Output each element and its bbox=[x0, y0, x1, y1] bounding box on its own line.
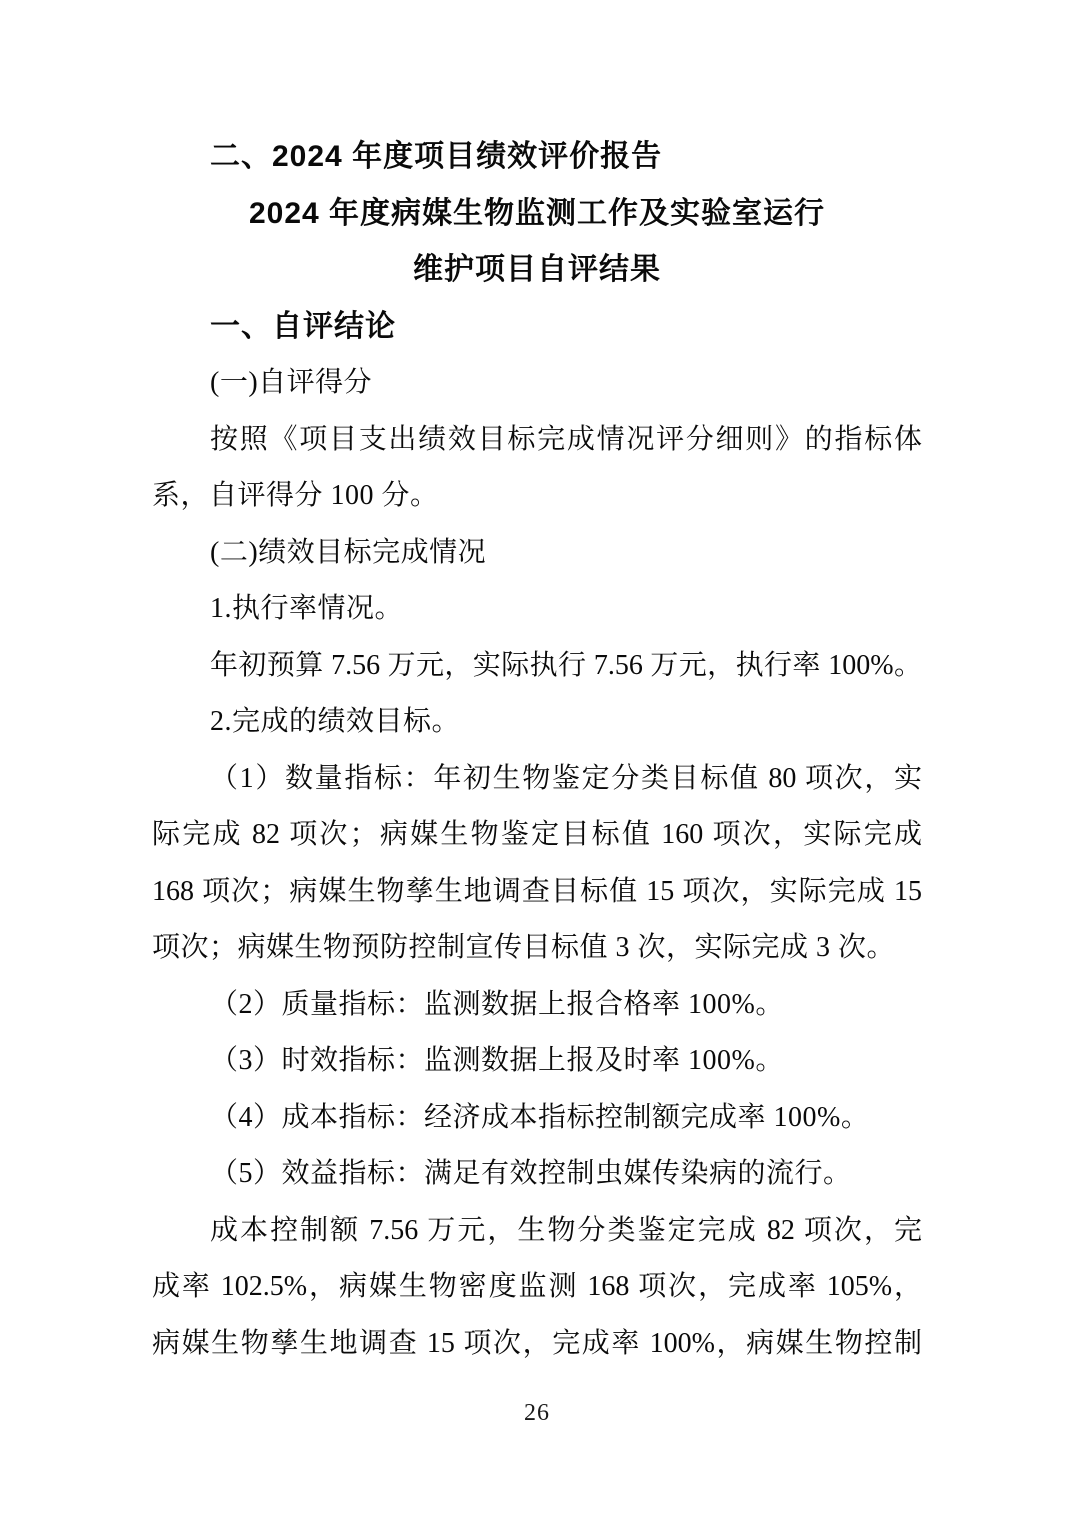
paragraph-line: 168 项次；病媒生物孳生地调查目标值 15 项次，实际完成 15 bbox=[152, 864, 922, 921]
paragraph-line: 项次；病媒生物预防控制宣传目标值 3 次，实际完成 3 次。 bbox=[152, 920, 922, 977]
paragraph-line: 系，自评得分 100 分。 bbox=[152, 468, 922, 525]
paragraph-line: （3）时效指标：监测数据上报及时率 100%。 bbox=[152, 1033, 922, 1090]
paragraph-line: （2）质量指标：监测数据上报合格率 100%。 bbox=[152, 977, 922, 1034]
report-title-line-1: 2024 年度病媒生物监测工作及实验室运行 bbox=[152, 186, 922, 243]
document-page: 二、2024 年度项目绩效评价报告 2024 年度病媒生物监测工作及实验室运行 … bbox=[0, 0, 1074, 1520]
page-number: 26 bbox=[0, 1400, 1074, 1427]
paragraph-line: （1）数量指标：年初生物鉴定分类目标值 80 项次，实 bbox=[152, 751, 922, 808]
section-heading-report: 二、2024 年度项目绩效评价报告 bbox=[152, 129, 922, 186]
paragraph-line: 病媒生物孳生地调查 15 项次，完成率 100%，病媒生物控制 bbox=[152, 1316, 922, 1373]
paragraph-line: 年初预算 7.56 万元，实际执行 7.56 万元，执行率 100%。 bbox=[152, 638, 922, 695]
paragraph-line: 按照《项目支出绩效目标完成情况评分细则》的指标体 bbox=[152, 412, 922, 469]
paragraph-line: （4）成本指标：经济成本指标控制额完成率 100%。 bbox=[152, 1090, 922, 1147]
paragraph-line: 2.完成的绩效目标。 bbox=[152, 694, 922, 751]
paragraph-line: 成本控制额 7.56 万元，生物分类鉴定完成 82 项次，完 bbox=[152, 1203, 922, 1260]
subheading-goal-completion: (二)绩效目标完成情况 bbox=[152, 525, 922, 582]
paragraph-line: 际完成 82 项次；病媒生物鉴定目标值 160 项次，实际完成 bbox=[152, 807, 922, 864]
paragraph-line: 成率 102.5%，病媒生物密度监测 168 项次，完成率 105%， bbox=[152, 1259, 922, 1316]
paragraph-line: （5）效益指标：满足有效控制虫媒传染病的流行。 bbox=[152, 1146, 922, 1203]
subsection-heading-conclusion: 一、自评结论 bbox=[152, 299, 922, 356]
paragraph-line: 1.执行率情况。 bbox=[152, 581, 922, 638]
subheading-self-score: (一)自评得分 bbox=[152, 355, 922, 412]
report-title-line-2: 维护项目自评结果 bbox=[152, 242, 922, 299]
